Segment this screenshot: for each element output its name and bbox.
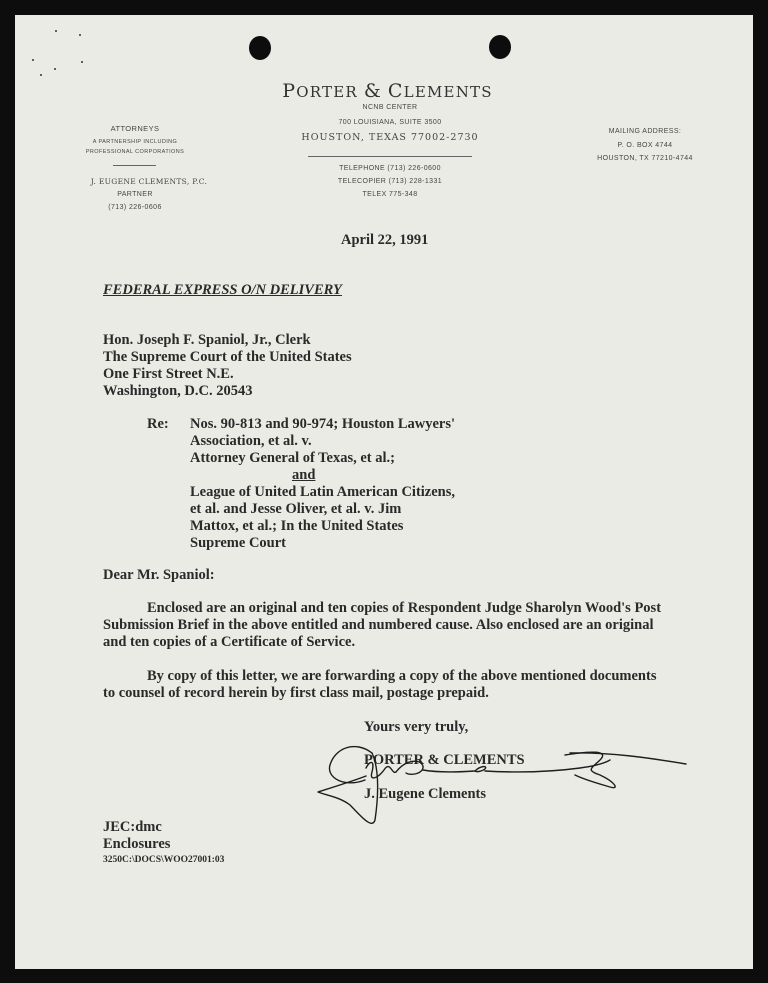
handwritten-signature [0,0,768,983]
